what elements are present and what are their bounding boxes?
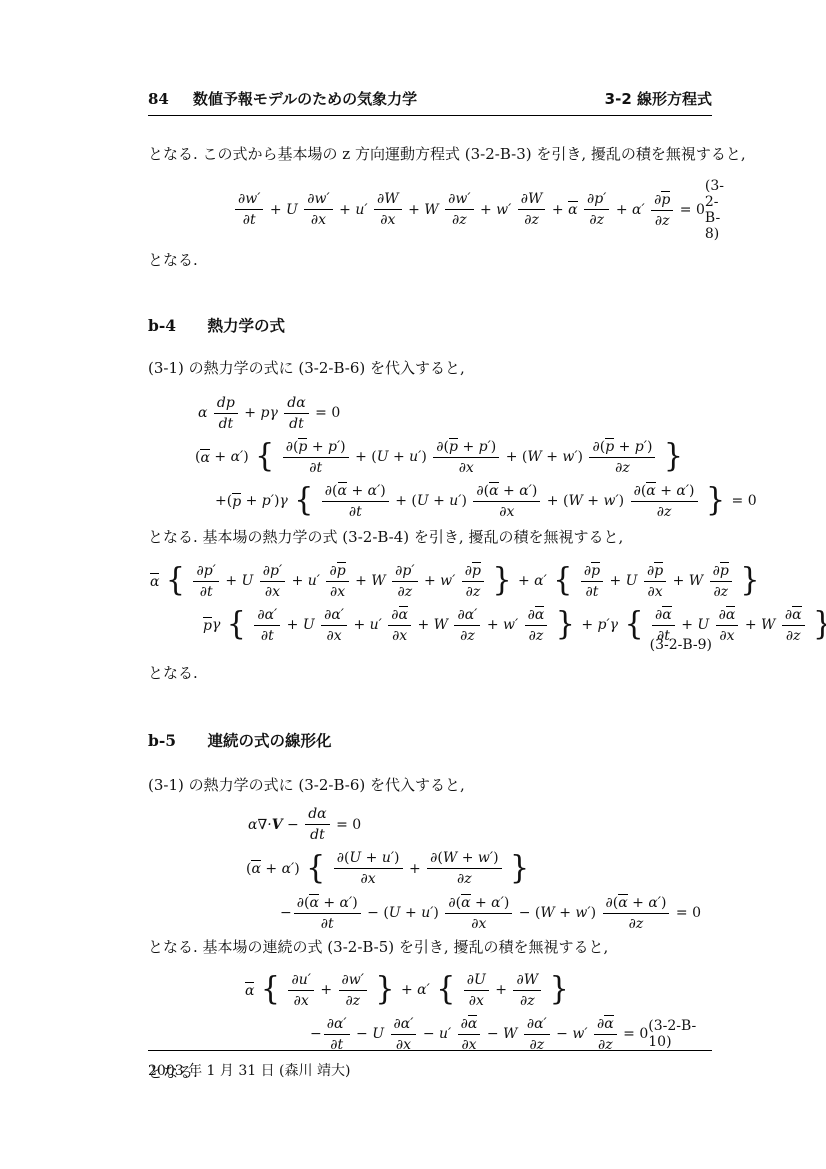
tonaru-2: となる. bbox=[148, 663, 712, 685]
overbar-symbol: p bbox=[654, 562, 663, 579]
equation-expression: α∇·V − dαdt = 0 bbox=[248, 806, 361, 843]
equation-row: (α + α′) { ∂(p + p′)∂t + (U + u′) ∂(p + … bbox=[148, 435, 712, 479]
equation-expression: ∂w′∂t + U ∂w′∂x + u′ ∂W∂x + W ∂w′∂z + w′… bbox=[233, 191, 705, 229]
tonaru-1: となる. bbox=[148, 250, 712, 272]
fraction: ∂(p + p′)∂z bbox=[589, 438, 655, 476]
fraction: ∂(W + w′)∂z bbox=[427, 850, 501, 887]
big-brace: { bbox=[553, 565, 572, 597]
equation-expression: α { ∂u′∂x + ∂w′∂z } + α′ { ∂U∂x + ∂W∂z } bbox=[245, 972, 571, 1009]
fraction: ∂α′∂x bbox=[391, 1016, 417, 1053]
fraction: ∂W∂z bbox=[513, 972, 541, 1009]
overbar-symbol: α bbox=[489, 482, 498, 499]
overbar-symbol: p bbox=[472, 562, 481, 579]
equation-expression: (α + α′) { ∂(U + u′)∂x + ∂(W + w′)∂z } bbox=[246, 850, 531, 887]
big-brace: } bbox=[740, 565, 759, 597]
fraction: ∂(α + α′)∂z bbox=[631, 482, 698, 520]
equation-row: α { ∂p′∂t + U ∂p′∂x + u′ ∂p∂x + W ∂p′∂z … bbox=[148, 559, 712, 603]
overbar-symbol: α bbox=[338, 482, 347, 499]
page-header: 84 数値予報モデルのための気象力学 3-2 線形方程式 bbox=[148, 88, 712, 116]
fraction: ∂α∂x bbox=[458, 1015, 481, 1053]
equation-expression: +(p + p′)γ { ∂(α + α′)∂t + (U + u′) ∂(α … bbox=[215, 482, 757, 520]
fraction: ∂α′∂z bbox=[454, 607, 480, 644]
big-brace: } bbox=[706, 486, 725, 518]
equation-expression: α { ∂p′∂t + U ∂p′∂x + u′ ∂p∂x + W ∂p′∂z … bbox=[150, 562, 761, 600]
fraction: ∂U∂x bbox=[464, 972, 489, 1009]
equation-row: α∇·V − dαdt = 0 bbox=[148, 803, 712, 847]
big-brace: } bbox=[550, 975, 569, 1007]
equation-row: α dpdt + pγ dαdt = 0 bbox=[148, 391, 712, 435]
overbar-symbol: α bbox=[535, 606, 544, 623]
equation-3-2-B-8: ∂w′∂t + U ∂w′∂x + u′ ∂W∂x + W ∂w′∂z + w′… bbox=[148, 178, 712, 242]
fraction: ∂α′∂z bbox=[524, 1016, 550, 1053]
fraction: ∂p∂z bbox=[651, 191, 673, 229]
overbar-symbol: p bbox=[720, 562, 729, 579]
overbar-symbol: α bbox=[399, 606, 408, 623]
fraction: ∂p∂z bbox=[710, 562, 732, 600]
fraction: ∂u′∂x bbox=[288, 972, 313, 1009]
fraction: ∂p∂x bbox=[644, 562, 666, 600]
overbar-symbol: p bbox=[449, 438, 458, 455]
equation-continuity-expanded: α∇·V − dαdt = 0(α + α′) { ∂(U + u′)∂x + … bbox=[148, 803, 712, 935]
big-brace: { bbox=[261, 975, 280, 1007]
section-label-b4: b-4 bbox=[148, 316, 176, 335]
footer-date-author: 2003 年 1 月 31 日 (森川 靖大) bbox=[148, 1063, 350, 1079]
fraction: ∂(α + α′)∂z bbox=[603, 894, 670, 932]
page-number: 84 bbox=[148, 90, 169, 108]
section-heading-b5: b-5 連続の式の線形化 bbox=[148, 729, 712, 751]
overbar-symbol: α bbox=[726, 606, 735, 623]
equation-thermo-expanded: α dpdt + pγ dαdt = 0(α + α′) { ∂(p + p′)… bbox=[148, 391, 712, 523]
section-title-b4: 熱力学の式 bbox=[207, 317, 285, 335]
fraction: ∂(U + u′)∂x bbox=[334, 850, 403, 887]
fraction: ∂p∂x bbox=[326, 562, 348, 600]
fraction: ∂α′∂t bbox=[254, 607, 280, 644]
fraction: ∂α∂x bbox=[388, 606, 411, 644]
equation-3-2-B-9: α { ∂p′∂t + U ∂p′∂x + u′ ∂p∂x + W ∂p′∂z … bbox=[148, 559, 712, 653]
paragraph-intro-b5: (3-1) の熱力学の式に (3-2-B-6) を代入すると, bbox=[148, 775, 712, 797]
fraction: ∂p′∂t bbox=[193, 563, 218, 600]
equation-expression: α dpdt + pγ dαdt = 0 bbox=[198, 395, 340, 432]
overbar-symbol: p bbox=[232, 493, 241, 510]
overbar-symbol: p bbox=[605, 438, 614, 455]
section-ref: 3-2 線形方程式 bbox=[605, 88, 712, 109]
big-brace: } bbox=[375, 975, 394, 1007]
fraction: ∂p′∂z bbox=[584, 191, 609, 228]
paragraph-intro-b9: となる. 基本場の熱力学の式 (3-2-B-4) を引き, 擾乱の積を無視すると… bbox=[148, 527, 712, 549]
big-brace: { bbox=[227, 609, 246, 641]
page-footer: 2003 年 1 月 31 日 (森川 靖大) bbox=[148, 1050, 712, 1080]
fraction: dαdt bbox=[305, 806, 329, 843]
fraction: ∂p∂z bbox=[462, 562, 484, 600]
big-brace: { bbox=[294, 486, 313, 518]
overbar-symbol: α bbox=[568, 201, 577, 218]
equation-expression: −∂(α + α′)∂t − (U + u′) ∂(α + α′)∂x − (W… bbox=[280, 894, 701, 932]
equation-row: α { ∂u′∂x + ∂w′∂z } + α′ { ∂U∂x + ∂W∂z } bbox=[148, 968, 712, 1012]
big-brace: { bbox=[436, 975, 455, 1007]
paragraph-intro-b8: となる. この式から基本場の z 方向運動方程式 (3-2-B-3) を引き, … bbox=[148, 144, 712, 166]
overbar-symbol: α bbox=[662, 606, 671, 623]
fraction: ∂(α + α′)∂x bbox=[445, 894, 512, 932]
fraction: ∂(α + α′)∂t bbox=[294, 894, 361, 932]
equation-row: pγ { ∂α′∂t + U ∂α′∂x + u′ ∂α∂x + W ∂α′∂z… bbox=[148, 603, 712, 647]
equation-number: (3-2-B-9) bbox=[650, 637, 712, 653]
overbar-symbol: α bbox=[792, 606, 801, 623]
overbar-symbol: α bbox=[251, 860, 260, 877]
big-brace: { bbox=[166, 565, 185, 597]
big-brace: } bbox=[813, 609, 826, 641]
fraction: ∂p′∂z bbox=[392, 563, 417, 600]
equation-row: +(p + p′)γ { ∂(α + α′)∂t + (U + u′) ∂(α … bbox=[148, 479, 712, 523]
overbar-symbol: p bbox=[298, 438, 307, 455]
section-title-b5: 連続の式の線形化 bbox=[207, 732, 331, 750]
big-brace: { bbox=[306, 853, 325, 885]
equation-row: ∂w′∂t + U ∂w′∂x + u′ ∂W∂x + W ∂w′∂z + w′… bbox=[148, 178, 712, 242]
equation-row: (α + α′) { ∂(U + u′)∂x + ∂(W + w′)∂z } bbox=[148, 847, 712, 891]
big-brace: } bbox=[664, 442, 683, 474]
paragraph-intro-b10: となる. 基本場の連続の式 (3-2-B-5) を引き, 擾乱の積を無視すると, bbox=[148, 937, 712, 959]
section-heading-b4: b-4 熱力学の式 bbox=[148, 314, 712, 336]
section-label-b5: b-5 bbox=[148, 731, 176, 750]
fraction: ∂α′∂t bbox=[324, 1016, 350, 1053]
fraction: ∂W∂x bbox=[374, 191, 402, 228]
fraction: ∂p′∂x bbox=[260, 563, 285, 600]
fraction: ∂w′∂t bbox=[235, 191, 263, 228]
overbar-symbol: p bbox=[661, 191, 670, 208]
overbar-symbol: α bbox=[604, 1015, 613, 1032]
equation-expression: (α + α′) { ∂(p + p′)∂t + (U + u′) ∂(p + … bbox=[195, 438, 685, 476]
big-brace: { bbox=[255, 442, 274, 474]
fraction: ∂α∂x bbox=[716, 606, 739, 644]
fraction: ∂α′∂x bbox=[321, 607, 347, 644]
equation-number: (3-2-B-8) bbox=[705, 178, 724, 242]
equation-expression: pγ { ∂α′∂t + U ∂α′∂x + u′ ∂α∂x + W ∂α′∂z… bbox=[203, 606, 826, 644]
fraction: ∂w′∂x bbox=[304, 191, 332, 228]
overbar-symbol: α bbox=[461, 894, 470, 911]
fraction: ∂w′∂z bbox=[445, 191, 473, 228]
fraction: ∂α∂z bbox=[525, 606, 548, 644]
equation-number: (3-2-B-10) bbox=[648, 1018, 712, 1050]
fraction: ∂(p + p′)∂t bbox=[283, 438, 349, 476]
overbar-symbol: p bbox=[337, 562, 346, 579]
fraction: ∂W∂z bbox=[518, 191, 546, 228]
equation-expression: −∂α′∂t − U ∂α′∂x − u′ ∂α∂x − W ∂α′∂z − w… bbox=[310, 1015, 648, 1053]
fraction: ∂(p + p′)∂x bbox=[433, 438, 499, 476]
overbar-symbol: α bbox=[200, 449, 209, 466]
equation-row: −∂(α + α′)∂t − (U + u′) ∂(α + α′)∂x − (W… bbox=[148, 891, 712, 935]
fraction: ∂(α + α′)∂x bbox=[473, 482, 540, 520]
big-brace: { bbox=[624, 609, 643, 641]
overbar-symbol: p bbox=[591, 562, 600, 579]
overbar-symbol: α bbox=[468, 1015, 477, 1032]
document-page: 84 数値予報モデルのための気象力学 3-2 線形方程式 となる. この式から基… bbox=[0, 0, 826, 1169]
fraction: dαdt bbox=[284, 395, 308, 432]
equation-3-2-B-10: α { ∂u′∂x + ∂w′∂z } + α′ { ∂U∂x + ∂W∂z }… bbox=[148, 968, 712, 1056]
big-brace: } bbox=[556, 609, 575, 641]
big-brace: } bbox=[510, 853, 529, 885]
overbar-symbol: α bbox=[646, 482, 655, 499]
big-brace: } bbox=[492, 565, 511, 597]
overbar-symbol: p bbox=[203, 617, 212, 634]
paragraph-intro-b4: (3-1) の熱力学の式に (3-2-B-6) を代入すると, bbox=[148, 358, 712, 380]
fraction: ∂p∂t bbox=[581, 562, 603, 600]
overbar-symbol: α bbox=[245, 982, 254, 999]
overbar-symbol: α bbox=[309, 894, 318, 911]
fraction: ∂α∂z bbox=[594, 1015, 617, 1053]
fraction: ∂w′∂z bbox=[339, 972, 367, 1009]
overbar-symbol: α bbox=[618, 894, 627, 911]
fraction: ∂α∂z bbox=[782, 606, 805, 644]
fraction: dpdt bbox=[214, 395, 238, 432]
overbar-symbol: α bbox=[150, 573, 159, 590]
fraction: ∂(α + α′)∂t bbox=[322, 482, 389, 520]
book-title: 数値予報モデルのための気象力学 bbox=[193, 88, 417, 109]
